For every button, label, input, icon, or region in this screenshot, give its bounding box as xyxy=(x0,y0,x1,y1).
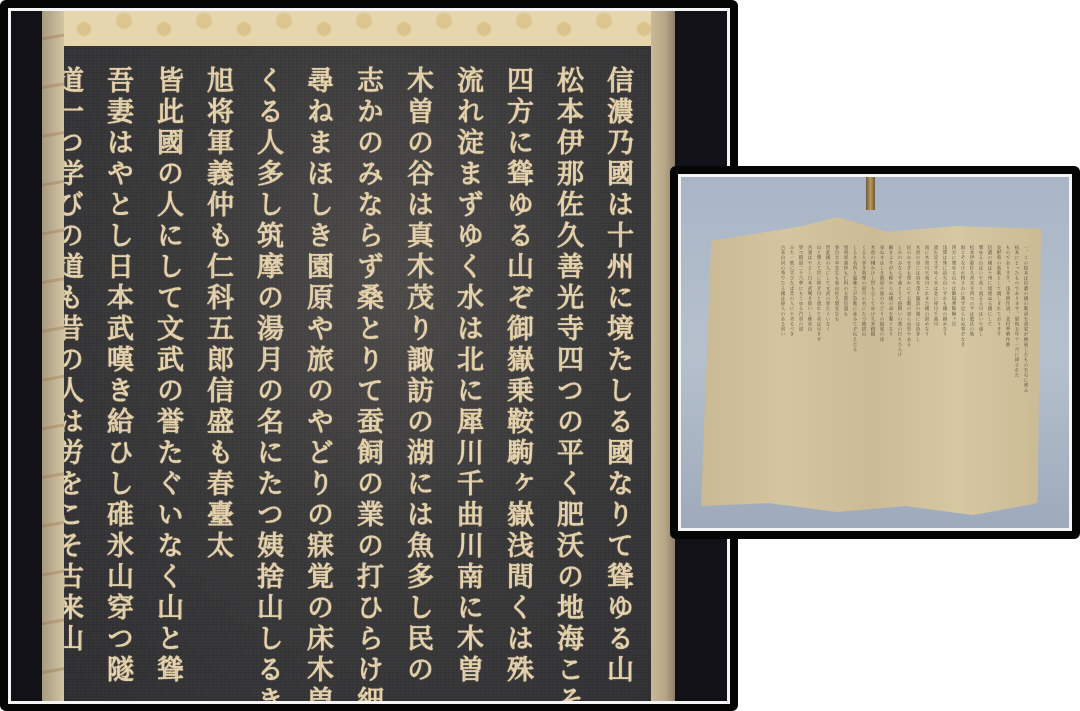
sheet-text-column: 木曽の谷には真木茂り諏訪の湖には魚多し xyxy=(914,245,921,435)
inset-photo-mat: 一、この拓本は信濃の國の歌詞を書家が揮毫したものを石に刻み 拓本にとったものであ… xyxy=(678,174,1072,531)
calligraphy-column: 道一つ学びの道も昔の人は労をこそ古来山 xyxy=(64,66,89,701)
sheet-text-column: 浅間は殊に活火山いずれも國の鎮めなり xyxy=(941,245,948,435)
sheet-text-column: 旭将軍義仲も仁科の五郎信盛も xyxy=(842,245,849,435)
sheet-text-column: 信濃の國は十州に境連ぬる國にして xyxy=(986,245,993,435)
sheet-text-column: 尋ねまほしき園原や旅のやどりの寝覚の床 xyxy=(878,245,885,435)
calligraphy-column: 四方に聳ゆる山ぞ御嶽乗鞍駒ヶ嶽浅間くは殊 xyxy=(495,66,539,701)
printed-sheet-text: 一、この拓本は信濃の國の歌詞を書家が揮毫したものを石に刻み 拓本にとったものであ… xyxy=(779,245,1029,435)
main-photo-mat: 信濃乃國は十州に境たしる國なりて聳ゆる山 松本伊那佐久善光寺四つの平く肥沃の地海… xyxy=(8,8,730,704)
sheet-text-column: 穿つ隧道二十六夢にもこゆる汽車の道 xyxy=(797,245,804,435)
sheet-text-column: 拓本にとったものであります。昭和五年十一月に録された xyxy=(1013,245,1020,435)
sheet-text-column: 木曽の棧かけし世も心してゆけ久米路橋 xyxy=(869,245,876,435)
main-photo-frame: 信濃乃國は十州に境たしる國なりて聳ゆる山 松本伊那佐久善光寺四つの平く肥沃の地海… xyxy=(0,0,738,711)
calligraphy-column: 尋ねまほしき園原や旅のやどりの寐覚の床木曽の xyxy=(295,66,339,701)
sheet-text-column: 一、この拓本は信濃の國の歌詞を書家が揮毫したものを石に刻み xyxy=(1022,245,1029,435)
inset-photo-frame: 一、この拓本は信濃の國の歌詞を書家が揮毫したものを石に刻み 拓本にとったものであ… xyxy=(670,166,1080,539)
sheet-text-column: 長野県の県歌として親しまれております xyxy=(995,245,1002,435)
scroll-photo: 信濃乃國は十州に境たしる國なりて聳ゆる山 松本伊那佐久善光寺四つの平く肥沃の地海… xyxy=(11,11,727,701)
sheet-text-column: くる人多き筑摩の湯月の名にたつ姨捨山 xyxy=(860,245,867,435)
calligraphy-column: 旭将軍義仲も仁科五郎信盛も春臺太 xyxy=(195,66,239,701)
calligraphy-rubbing: 信濃乃國は十州に境たしる國なりて聳ゆる山 松本伊那佐久善光寺四つの平く肥沃の地海… xyxy=(64,46,651,701)
calligraphy-column: 信濃乃國は十州に境たしる國なりて聳ゆる山 xyxy=(595,66,639,701)
calligraphy-column: 松本伊那佐久善光寺四つの平く肥沃の地海こそなけ xyxy=(545,66,589,701)
sheet-text-column: 吾妻はやとし日本武嘆き給いし碓氷山 xyxy=(806,245,813,435)
sheet-text-column: 聳ゆる山はいや高く流るる川はいや遠し xyxy=(977,245,984,435)
calligraphy-column: 志かのみならず桑とりて蚕飼の業の打ひらけ細 xyxy=(345,66,389,701)
scroll-brocade-left xyxy=(42,11,64,701)
sheet-text-column: 流れ淀まずゆく水は北に犀川千曲川 xyxy=(932,245,939,435)
sheet-text-column: 松本伊那佐久善光寺四つの平は肥沃の地 xyxy=(968,245,975,435)
sheet-text-column: 皆此國の人にして文武の誉たぐいなく xyxy=(824,245,831,435)
sheet-text-column: しかのみならず桑とりて蚕飼いの業の打ちひらけ xyxy=(896,245,903,435)
sheet-text-column: ものであります。浅井洌作詞、北村季晴作曲 xyxy=(1004,245,1011,435)
calligraphy-column: 吾妻はやとし日本武嘆き給ひし碓氷山穿つ隧 xyxy=(95,66,139,701)
calligraphy-columns: 信濃乃國は十州に境たしる國なりて聳ゆる山 松本伊那佐久善光寺四つの平く肥沃の地海… xyxy=(64,66,639,701)
sheet-photo: 一、この拓本は信濃の國の歌詞を書家が揮毫したものを石に刻み 拓本にとったものであ… xyxy=(681,177,1069,528)
sheet-text-column: 古来山河の秀でたる國は偉人のある習い xyxy=(779,245,786,435)
calligraphy-column: 流れ淀まずゆく水は北に犀川千曲川南に木曽 xyxy=(445,66,489,701)
sheet-text-column: 春台太宰先生も象山佐久間先生も xyxy=(833,245,840,435)
calligraphy-column: 皆此國の人にして文武の誉たぐいなく山と聳 xyxy=(145,66,189,701)
sheet-text-column: 細きよすがも軽からぬ國の命を繋ぐなり xyxy=(887,245,894,435)
sheet-text-column: 海こそなけれ物さわに萬ず足らわぬ事ぞなき xyxy=(959,245,966,435)
scroll-tie-cord xyxy=(866,177,875,210)
sheet-text-column: 山と聳えて世に仰ぎ川と流れて名は尽きず xyxy=(815,245,822,435)
sheet-text-column: しるき名所と風雅士が詩歌に詠みてぞ伝えたる xyxy=(851,245,858,435)
calligraphy-column: 木曽の谷は真木茂り諏訪の湖には魚多し民の xyxy=(395,66,439,701)
sheet-text-column: 四方に聳ゆる山々は御嶽乗鞍駒ヶ岳 xyxy=(950,245,957,435)
sheet-text-column: 民のかせぎも豊かにて五穀の実らぬ里やある xyxy=(905,245,912,435)
sheet-text-column: みち一筋に学びなば昔の人にや劣るべき xyxy=(788,245,795,435)
scroll-brocade-top xyxy=(64,11,651,46)
calligraphy-column: くる人多し筑摩の湯月の名にたつ姨捨山しるき名 xyxy=(245,66,289,701)
sheet-text-column: 南に木曽川天竜川これまた國の固めなり xyxy=(923,245,930,435)
